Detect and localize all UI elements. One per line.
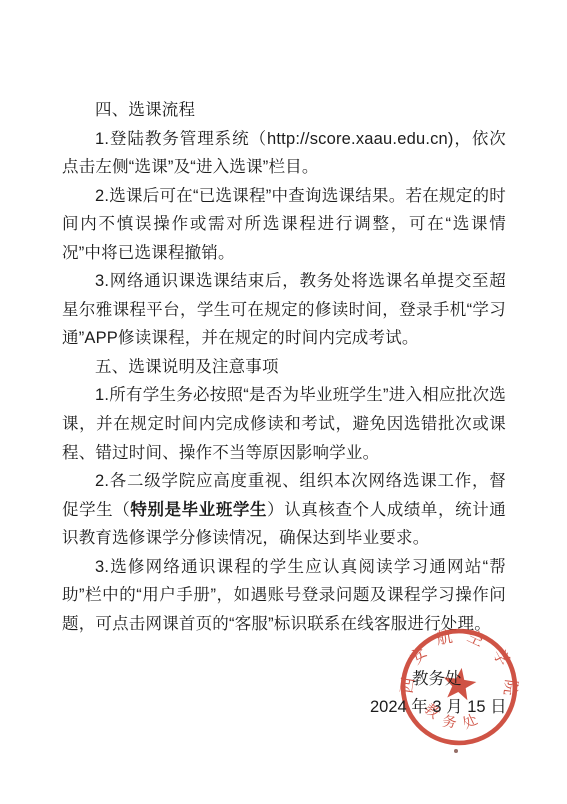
text-segment: 3.网络通识课选课结束后，教务处将选课名单提交至超星尔雅课程平台，学生可在规定的… [62, 272, 506, 347]
signature-office: 教务处 [412, 665, 462, 689]
section-heading: 四、选课流程 [62, 96, 506, 125]
text-segment: 五、选课说明及注意事项 [95, 358, 279, 376]
signature-date: 2024 年 3 月 15 日 [370, 693, 507, 717]
notice-document-page: 四、选课流程1.登陆教务管理系统（http://score.xaau.edu.c… [0, 0, 567, 804]
text-segment: 1.所有学生务必按照“是否为毕业班学生”进入相应批次选课，并在规定时间内完成修读… [62, 386, 506, 461]
section-heading: 五、选课说明及注意事项 [62, 353, 506, 382]
text-segment: 四、选课流程 [95, 101, 195, 119]
emphasized-text: 特别是毕业班学生 [130, 501, 267, 519]
ink-speck [454, 749, 458, 753]
text-segment: 3.选修网络通识课程的学生应认真阅读学习通网站“帮助”栏中的“用户手册”，如遇账… [62, 558, 506, 633]
paragraph: 3.网络通识课选课结束后，教务处将选课名单提交至超星尔雅课程平台，学生可在规定的… [62, 267, 506, 353]
paragraph: 1.所有学生务必按照“是否为毕业班学生”进入相应批次选课，并在规定时间内完成修读… [62, 381, 506, 467]
paragraph: 2.各二级学院应高度重视、组织本次网络选课工作，督促学生（特别是毕业班学生）认真… [62, 467, 506, 553]
document-body: 四、选课流程1.登陆教务管理系统（http://score.xaau.edu.c… [62, 96, 506, 638]
text-segment: 1.登陆教务管理系统（http://score.xaau.edu.cn)，依次点… [62, 130, 506, 177]
paragraph: 2.选课后可在“已选课程”中查询选课结果。若在规定的时间内不慎误操作或需对所选课… [62, 182, 506, 268]
text-segment: 2.选课后可在“已选课程”中查询选课结果。若在规定的时间内不慎误操作或需对所选课… [62, 187, 506, 262]
paragraph: 1.登陆教务管理系统（http://score.xaau.edu.cn)，依次点… [62, 125, 506, 182]
